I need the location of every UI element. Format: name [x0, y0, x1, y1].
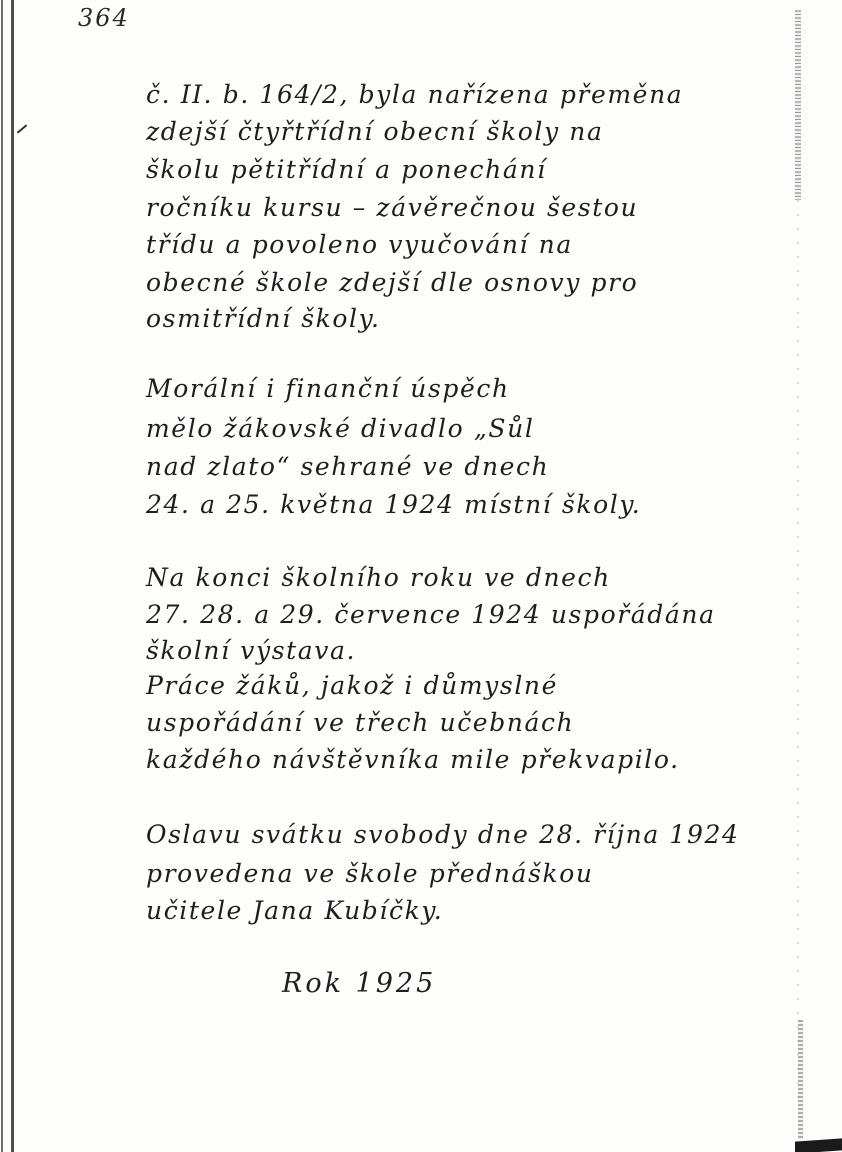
handwritten-line: 24. a 25. května 1924 místní školy.: [146, 490, 641, 519]
handwritten-line: obecné škole zdejší dle osnovy pro: [146, 268, 638, 297]
handwritten-line: uspořádání ve třech učebnách: [146, 708, 574, 737]
handwritten-line: osmitřídní školy.: [146, 304, 381, 333]
handwritten-line: zdejší čtyřtřídní obecní školy na: [146, 117, 603, 146]
handwritten-line: Práce žáků, jakož i důmyslné: [146, 671, 558, 700]
handwritten-line: nad zlato“ sehrané ve dnech: [146, 452, 549, 481]
scan-corner-shadow: [795, 1138, 842, 1152]
handwritten-line: provedena ve škole přednáškou: [146, 859, 594, 888]
scanned-chronicle-page: 364 č. II. b. 164/2, byla nařízena přemě…: [0, 0, 842, 1152]
handwritten-line: každého návštěvníka mile překvapilo.: [146, 745, 680, 774]
page-number: 364: [78, 4, 130, 32]
handwritten-line: č. II. b. 164/2, byla nařízena přeměna: [146, 80, 683, 109]
handwritten-line: ročníku kursu – závěrečnou šestou: [146, 193, 638, 222]
handwritten-line: učitele Jana Kubíčky.: [146, 896, 443, 925]
page-edge-speckle: [795, 10, 801, 200]
handwritten-line: 27. 28. a 29. července 1924 uspořádána: [146, 600, 716, 629]
handwritten-line: Na konci školního roku ve dnech: [146, 563, 611, 592]
handwritten-line: Oslavu svátku svobody dne 28. října 1924: [146, 820, 739, 849]
year-heading: Rok 1925: [282, 968, 436, 999]
handwritten-line: mělo žákovské divadlo „Sůl: [146, 414, 534, 443]
handwritten-line: Morální i finanční úspěch: [146, 374, 510, 403]
pen-mark: [17, 124, 27, 133]
binding-edge-line: [1, 0, 3, 1152]
handwritten-line: školu pětitřídní a ponechání: [146, 155, 547, 184]
page-edge-speckle: [797, 200, 799, 1100]
binding-edge-line: [11, 0, 14, 1152]
handwritten-line: třídu a povoleno vyučování na: [146, 230, 573, 259]
page-edge-speckle: [798, 1020, 803, 1140]
handwritten-line: školní výstava.: [146, 636, 356, 665]
